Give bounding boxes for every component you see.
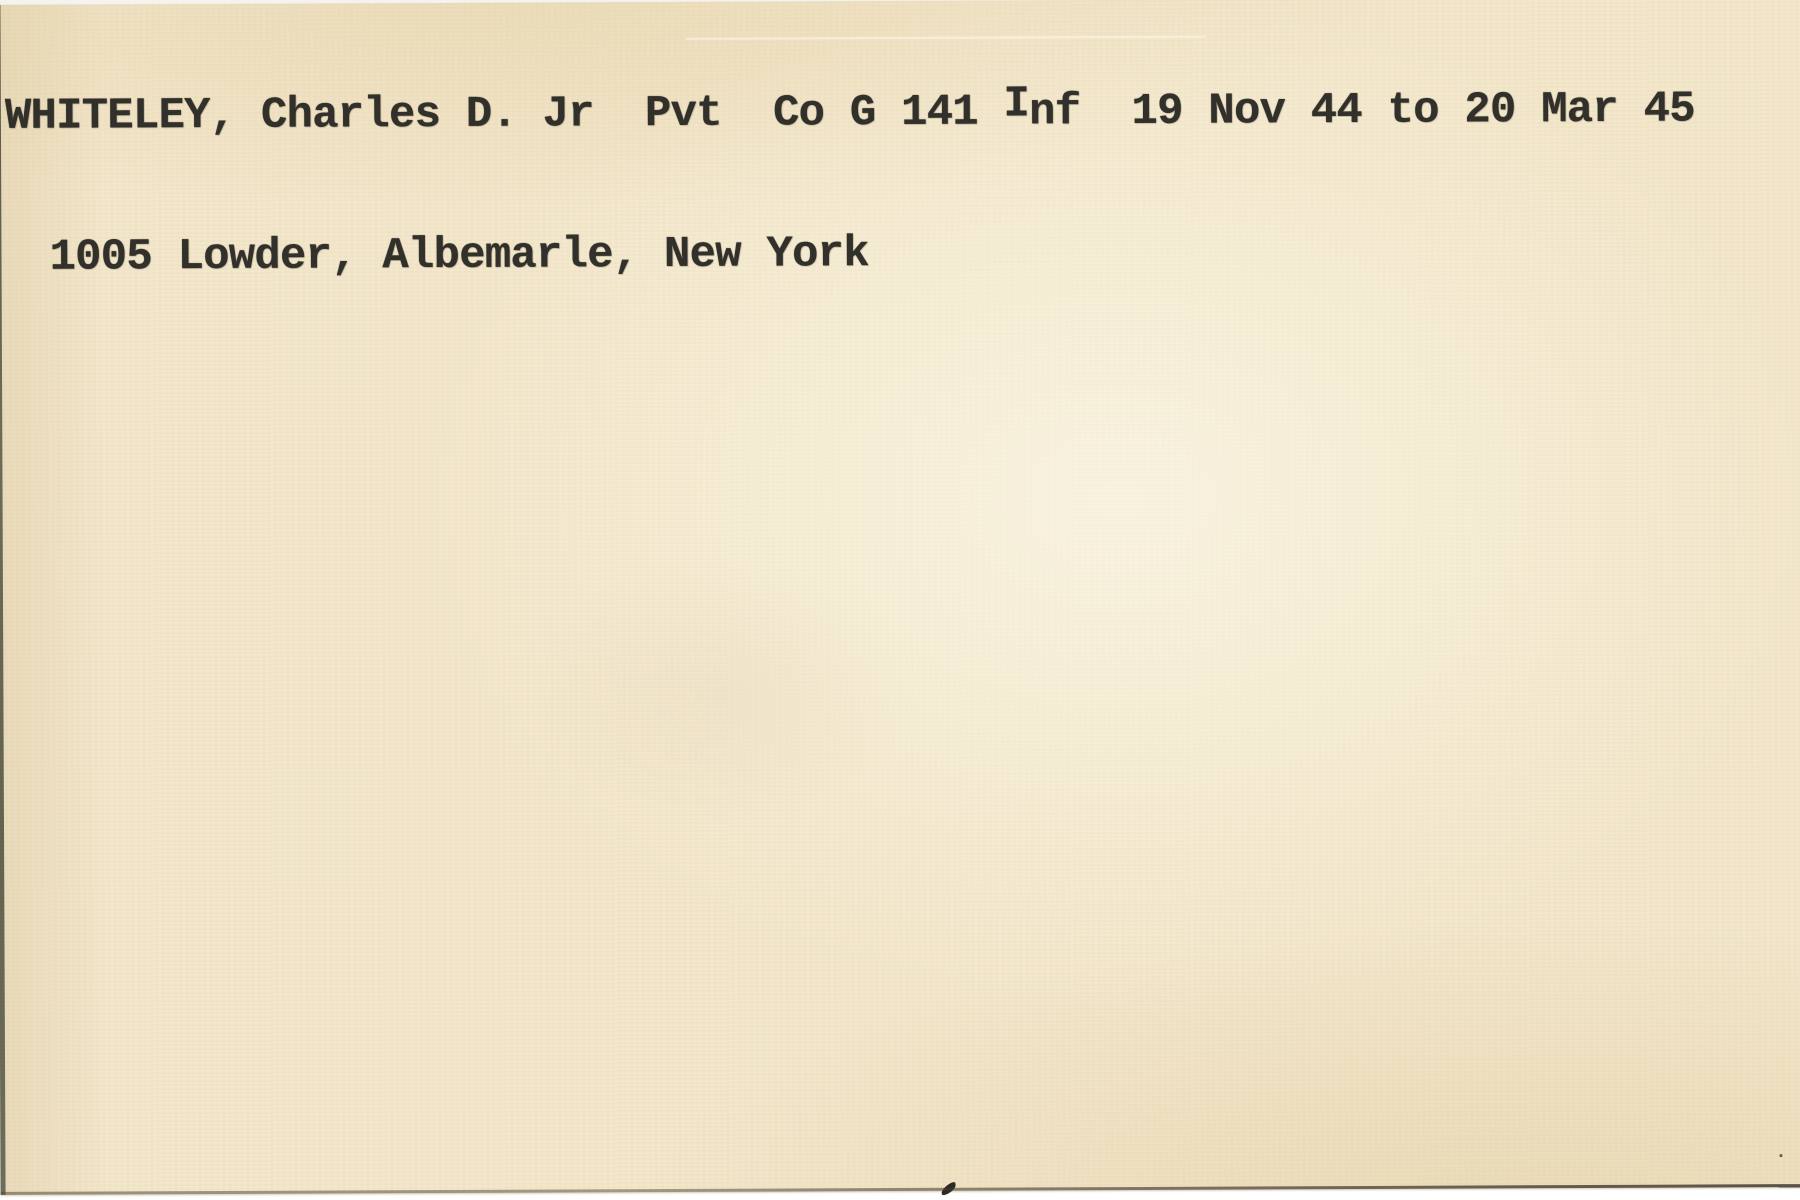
record-line-superscript-i: I [1003, 79, 1029, 129]
address-line: 1005 Lowder, Albemarle, New York [5, 228, 1695, 282]
record-line-pre: WHITELEY, Charles D. Jr Pvt Co G 141 [5, 88, 1004, 142]
service-record-line: WHITELEY, Charles D. Jr Pvt Co G 141 Inf… [5, 87, 1695, 141]
ink-dot [1779, 1154, 1782, 1157]
record-line-rest: nf 19 Nov 44 to 20 Mar 45 [1029, 85, 1695, 138]
typewritten-text: WHITELEY, Charles D. Jr Pvt Co G 141 Inf… [4, 0, 1696, 376]
card-bottom-edge [1, 1184, 1800, 1195]
scanned-page: WHITELEY, Charles D. Jr Pvt Co G 141 Inf… [0, 0, 1800, 1200]
index-card: WHITELEY, Charles D. Jr Pvt Co G 141 Inf… [0, 0, 1800, 1195]
